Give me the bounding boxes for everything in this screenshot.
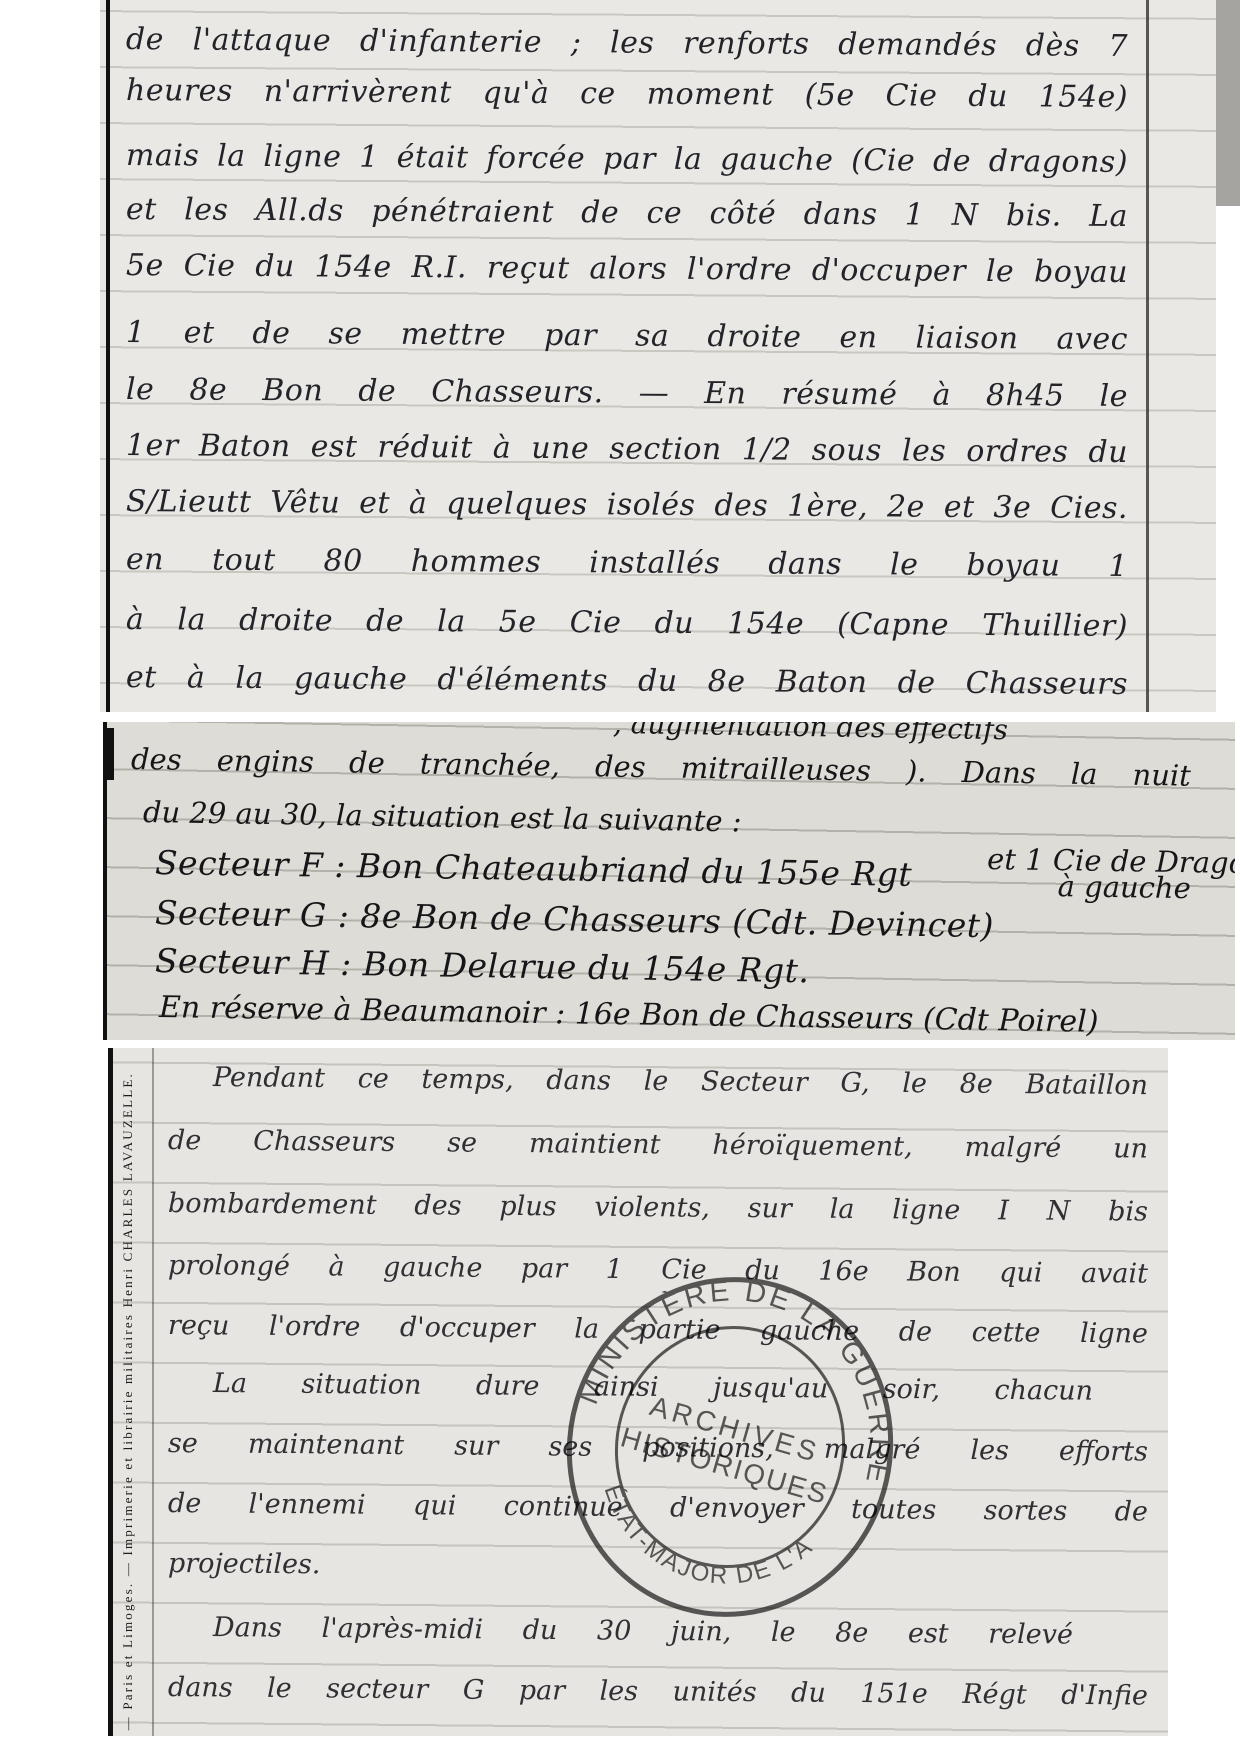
scan-fragment-1: de l'attaque d'infanterie ; les renforts… xyxy=(100,0,1216,712)
handwritten-line: du 29 au 30, la situation est la suivant… xyxy=(143,795,742,838)
adjacent-page-edge-shadow xyxy=(1216,0,1240,206)
scan-fragment-3: — Paris et Limoges. — Imprimerie et libr… xyxy=(108,1048,1168,1736)
page-border-line xyxy=(106,0,110,712)
scan-fragment-2: , augmentation des effectifs des engins … xyxy=(103,722,1235,1040)
handwritten-line: et les All.ds pénétraient de ce côté dan… xyxy=(126,192,1128,234)
handwritten-line-reserve: En réserve à Beaumanoir : 16e Bon de Cha… xyxy=(159,990,1099,1040)
stamp-graphic: MINISTÈRE DE LA GUERRE ÉTAT-MAJOR DE L'A… xyxy=(560,1270,900,1625)
handwritten-line: de Chasseurs se maintient héroïquement, … xyxy=(168,1125,1148,1165)
page-border-line xyxy=(108,1048,113,1736)
margin-annotation: et 1 Cie de Dragons à gauche xyxy=(987,846,1235,902)
handwritten-line: des engins de tranchée, des mitrailleuse… xyxy=(131,742,1191,793)
handwritten-line: le 8e Bon de Chasseurs. — En résumé à 8h… xyxy=(126,372,1128,414)
handwritten-line: de l'attaque d'infanterie ; les renforts… xyxy=(126,22,1128,64)
handwritten-line: et à la gauche d'éléments du 8e Baton de… xyxy=(126,660,1128,702)
printer-imprint-text: — Paris et Limoges. — Imprimerie et libr… xyxy=(120,1072,136,1730)
handwritten-line-secteur-f: Secteur F : Bon Chateaubriand du 155e Rg… xyxy=(155,843,913,894)
handwritten-line: mais la ligne 1 était forcée par la gauc… xyxy=(126,138,1128,180)
scanned-document-page: de l'attaque d'infanterie ; les renforts… xyxy=(0,0,1240,1754)
handwritten-line: bombardement des plus violents, sur la l… xyxy=(168,1188,1148,1228)
imprint-separator-rule xyxy=(152,1048,154,1736)
handwritten-line-secteur-g: Secteur G : 8e Bon de Chasseurs (Cdt. De… xyxy=(155,893,995,945)
handwritten-line: 1er Baton est réduit à une section 1/2 s… xyxy=(126,428,1128,470)
printer-imprint-vertical: — Paris et Limoges. — Imprimerie et libr… xyxy=(116,1048,150,1736)
handwritten-line-clipped: , augmentation des effectifs xyxy=(613,722,1008,746)
handwritten-line: S/Lieutt Vêtu et à quelques isolés des 1… xyxy=(126,484,1128,526)
notebook-margin-rule xyxy=(1146,0,1149,712)
handwritten-line: en tout 80 hommes installés dans le boya… xyxy=(126,542,1128,584)
handwritten-line: à la droite de la 5e Cie du 154e (Capne … xyxy=(126,602,1128,644)
handwritten-line: 1 et de se mettre par sa droite en liais… xyxy=(126,315,1128,357)
scan-edge-artifact xyxy=(103,728,114,780)
handwritten-line: Pendant ce temps, dans le Secteur G, le … xyxy=(213,1062,1148,1101)
handwritten-line-secteur-h: Secteur H : Bon Delarue du 154e Rgt. xyxy=(155,941,810,990)
handwritten-line: 5e Cie du 154e R.I. reçut alors l'ordre … xyxy=(126,248,1128,290)
handwritten-line: heures n'arrivèrent qu'à ce moment (5e C… xyxy=(126,73,1128,115)
handwritten-line: dans le secteur G par les unités du 151e… xyxy=(168,1672,1148,1712)
archives-historiques-stamp: MINISTÈRE DE LA GUERRE ÉTAT-MAJOR DE L'A… xyxy=(560,1270,900,1625)
